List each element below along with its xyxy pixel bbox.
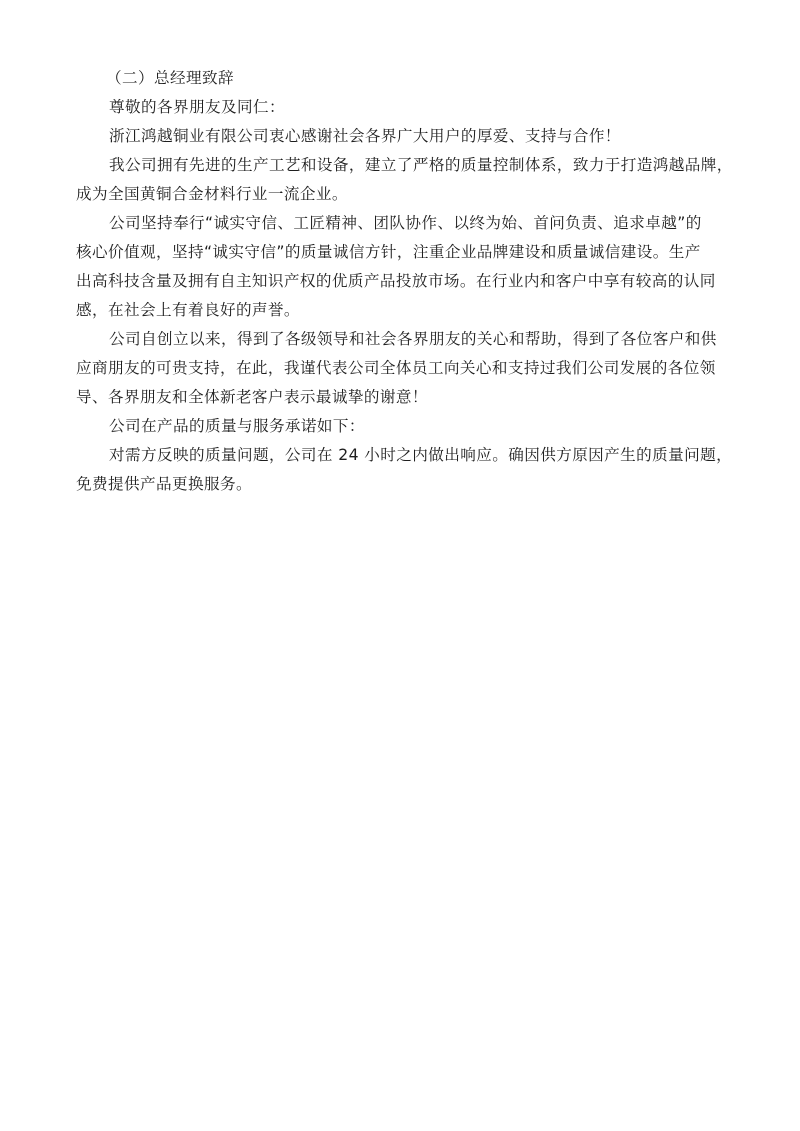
paragraph-line: 核心价值观，坚持“诚实守信”的质量诚信方针，注重企业品牌建设和质量诚信建设。生产: [76, 238, 716, 267]
paragraph-line: 导、各界朋友和全体新老客户表示最诚挚的谢意！: [76, 383, 716, 412]
section-heading: （二）总经理致辞: [76, 64, 716, 93]
paragraph-line: 出高科技含量及拥有自主知识产权的优质产品投放市场。在行业内和客户中享有较高的认同: [76, 267, 716, 296]
paragraph-line: 感，在社会上有着良好的声誉。: [76, 296, 716, 325]
salutation: 尊敬的各界朋友及同仁：: [76, 93, 716, 122]
paragraph-thanks: 浙江鸿越铜业有限公司衷心感谢社会各界广大用户的厚爱、支持与合作！: [76, 122, 716, 151]
paragraph-capabilities: 我公司拥有先进的生产工艺和设备，建立了严格的质量控制体系，致力于打造鸿越品牌， …: [76, 151, 716, 209]
paragraph-commitment: 对需方反映的质量问题，公司在 24 小时之内做出响应。确因供方原因产生的质量问题…: [76, 441, 716, 499]
paragraph-line: 免费提供产品更换服务。: [76, 470, 716, 499]
paragraph-gratitude: 公司自创立以来，得到了各级领导和社会各界朋友的关心和帮助，得到了各位客户和供 应…: [76, 325, 716, 412]
paragraph-line: 浙江鸿越铜业有限公司衷心感谢社会各界广大用户的厚爱、支持与合作！: [76, 122, 716, 151]
paragraph-line: 对需方反映的质量问题，公司在 24 小时之内做出响应。确因供方原因产生的质量问题…: [76, 441, 716, 470]
paragraph-line: 成为全国黄铜合金材料行业一流企业。: [76, 180, 716, 209]
paragraph-values: 公司坚持奉行“诚实守信、工匠精神、团队协作、以终为始、首问负责、追求卓越”的 核…: [76, 209, 716, 325]
paragraph-line: 应商朋友的可贵支持，在此，我谨代表公司全体员工向关心和支持过我们公司发展的各位领: [76, 354, 716, 383]
paragraph-commitment-intro: 公司在产品的质量与服务承诺如下：: [76, 412, 716, 441]
paragraph-line: 我公司拥有先进的生产工艺和设备，建立了严格的质量控制体系，致力于打造鸿越品牌，: [76, 151, 716, 180]
paragraph-line: 公司坚持奉行“诚实守信、工匠精神、团队协作、以终为始、首问负责、追求卓越”的: [76, 209, 716, 238]
paragraph-line: 公司在产品的质量与服务承诺如下：: [76, 412, 716, 441]
document-page: （二）总经理致辞 尊敬的各界朋友及同仁： 浙江鸿越铜业有限公司衷心感谢社会各界广…: [76, 64, 716, 499]
paragraph-line: 公司自创立以来，得到了各级领导和社会各界朋友的关心和帮助，得到了各位客户和供: [76, 325, 716, 354]
